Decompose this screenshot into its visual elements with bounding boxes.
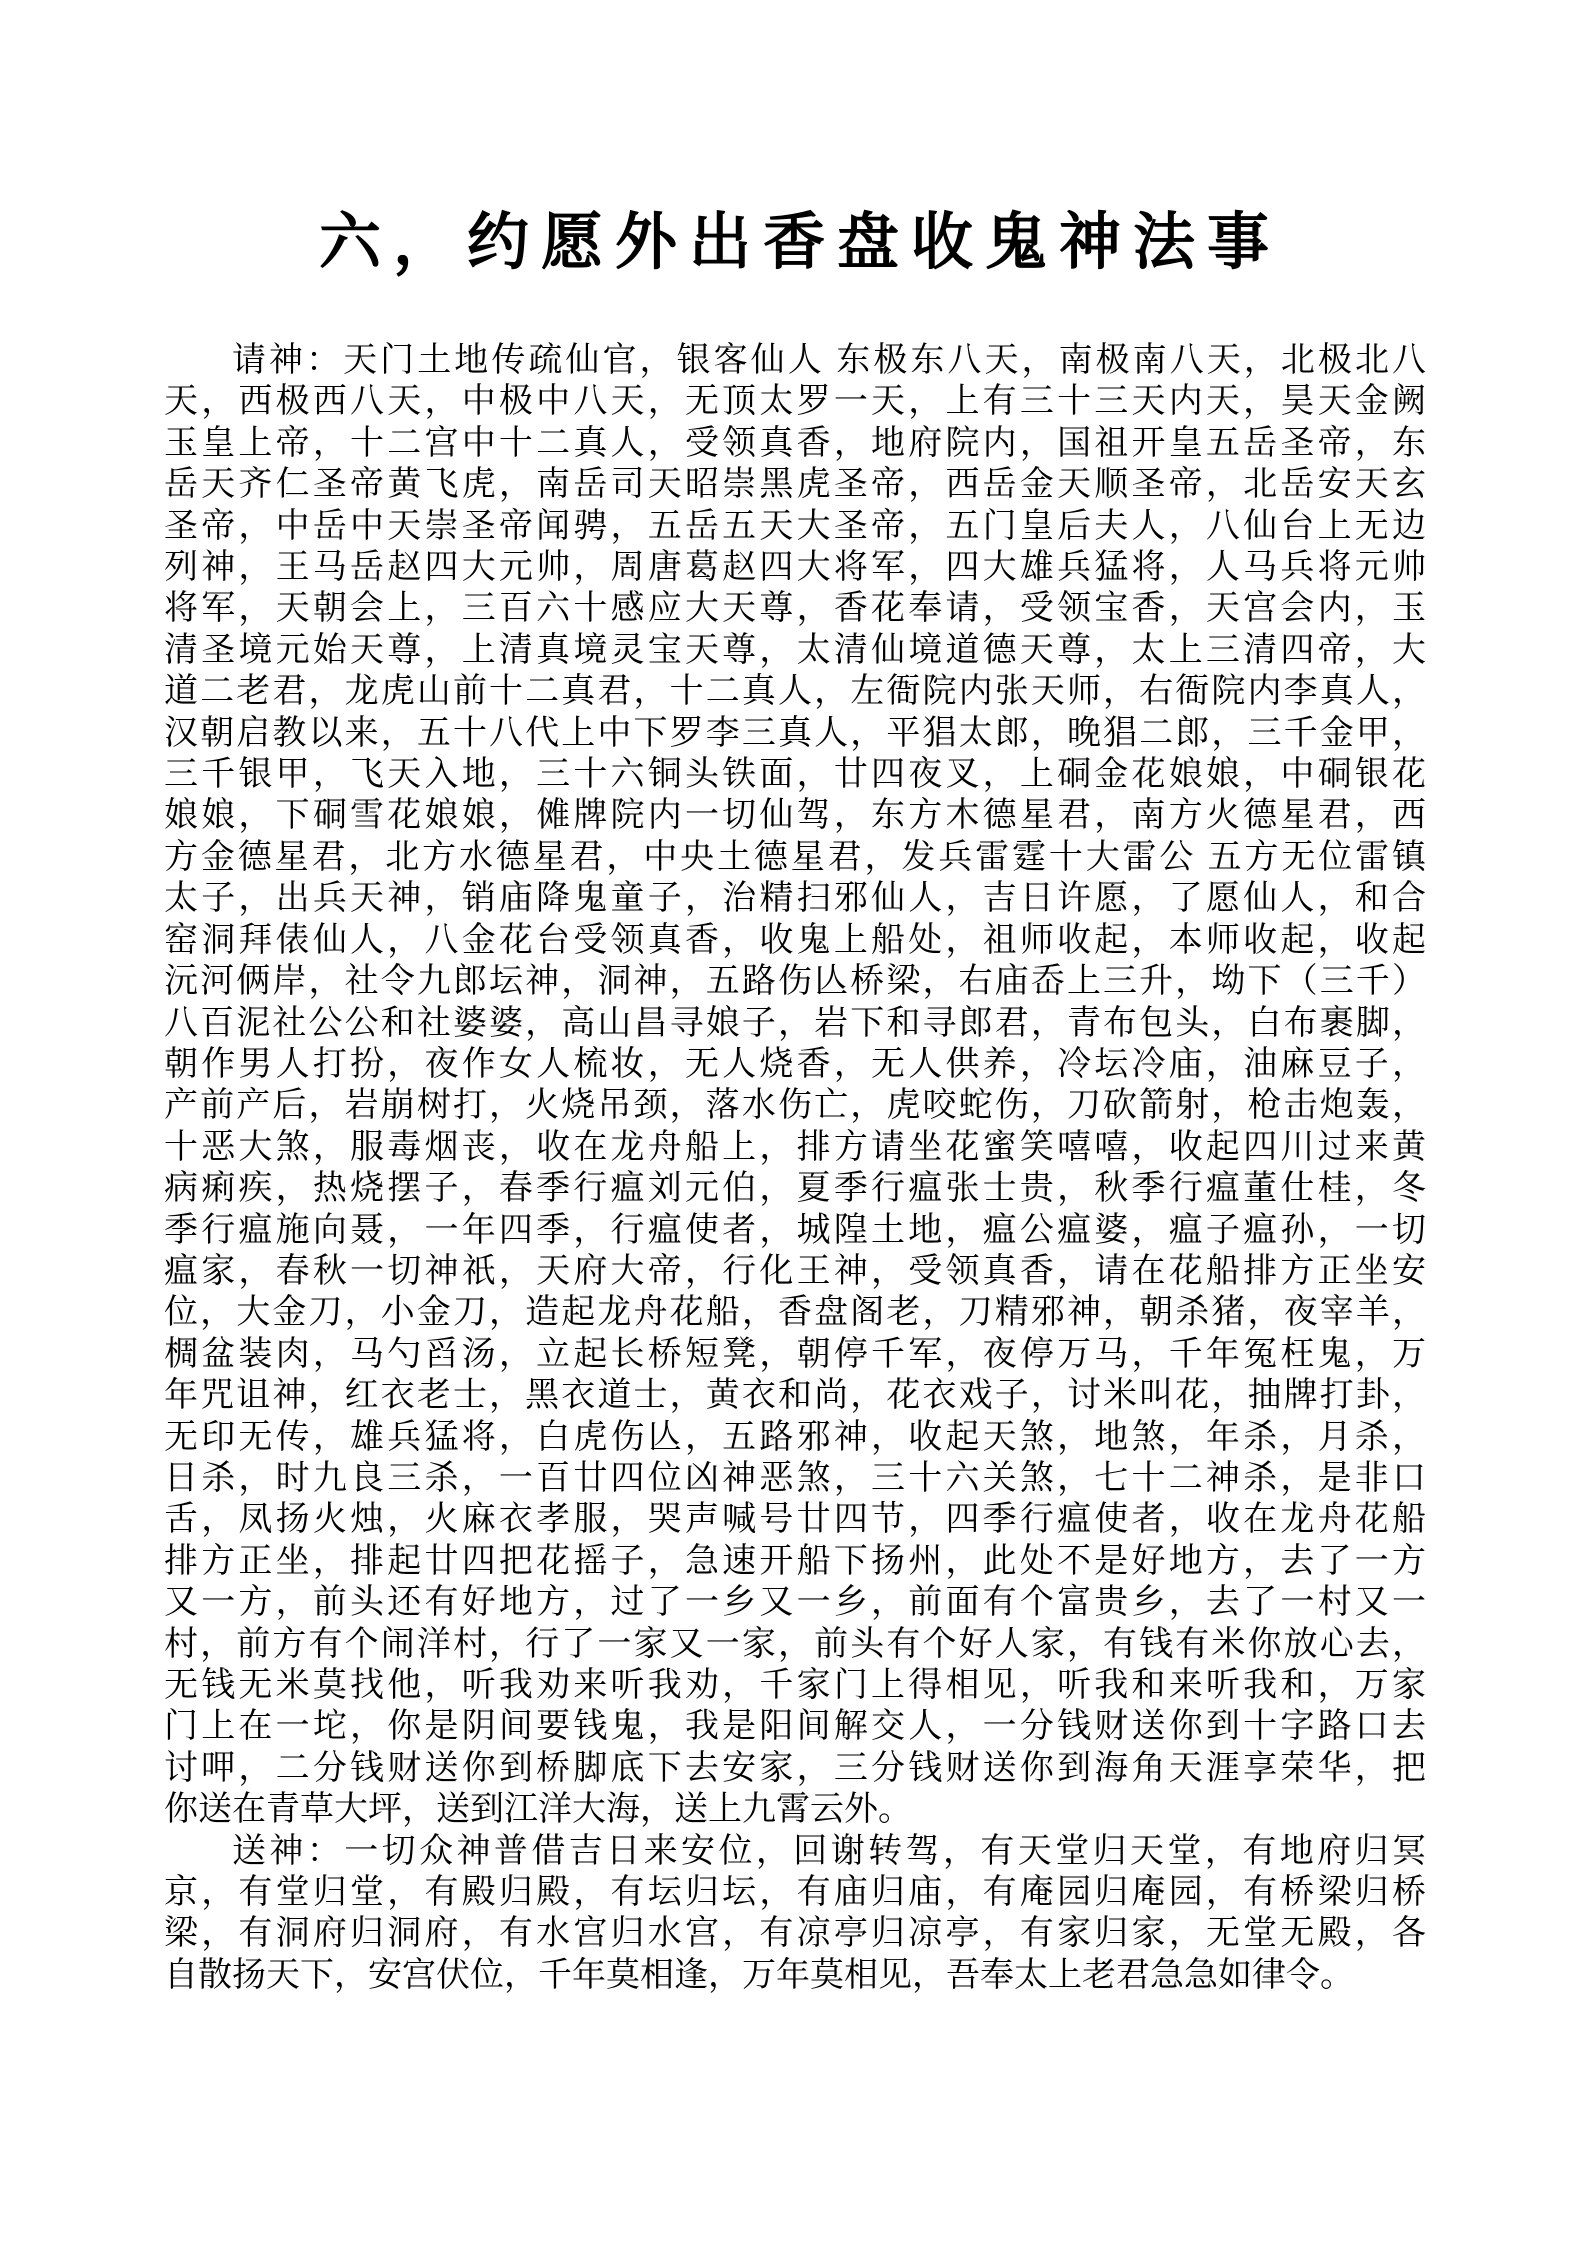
song-shen-paragraph: 送神：一切众神普借吉日来安位，回谢转驾，有天堂归天堂，有地府归冥京，有堂归堂，有… (164, 1831, 1426, 1997)
text-line: 窑洞拜俵仙人，八金花台受领真香，收鬼上船处，祖师收起，本师收起，收起 (164, 920, 1426, 961)
text-line: 请神：天门土地传疏仙官，银客仙人 东极东八天，南极南八天，北极北八 (164, 340, 1426, 381)
document-body: 请神：天门土地传疏仙官，银客仙人 东极东八天，南极南八天，北极北八天，西极西八天… (164, 340, 1426, 1996)
text-line: 无钱无米莫找他，听我劝来听我劝，千家门上得相见，听我和来听我和，万家 (164, 1665, 1426, 1706)
text-line: 天，西极西八天，中极中八天，无顶太罗一天，上有三十三天内天，昊天金阙 (164, 381, 1426, 422)
text-line: 椆盆装肉，马勺舀汤，立起长桥短凳，朝停千军，夜停万马，千年冤枉鬼，万 (164, 1334, 1426, 1375)
text-line: 村，前方有个闹洋村，行了一家又一家，前头有个好人家，有钱有米你放心去， (164, 1624, 1426, 1665)
text-line: 汉朝启教以来，五十八代上中下罗李三真人，平猖太郎，晚猖二郎，三千金甲， (164, 713, 1426, 754)
text-line: 岳天齐仁圣帝黄飞虎，南岳司天昭崇黑虎圣帝，西岳金天顺圣帝，北岳安天玄 (164, 464, 1426, 505)
text-line: 自散扬天下，安宫伏位，千年莫相逢，万年莫相见，吾奉太上老君急急如律令。 (164, 1955, 1426, 1996)
text-line: 位，大金刀，小金刀，造起龙舟花船，香盘阁老，刀精邪神，朝杀猪，夜宰羊， (164, 1292, 1426, 1333)
text-line: 又一方，前头还有好地方，过了一乡又一乡，前面有个富贵乡，去了一村又一 (164, 1582, 1426, 1623)
text-line: 讨呷，二分钱财送你到桥脚底下去安家，三分钱财送你到海角天涯享荣华，把 (164, 1748, 1426, 1789)
text-line: 玉皇上帝，十二宫中十二真人，受领真香，地府院内，国祖开皇五岳圣帝，东 (164, 423, 1426, 464)
text-line: 沅河俩岸，社令九郎坛神，洞神，五路伤亾桥梁，右庙岙上三升，坳下（三千） (164, 961, 1426, 1002)
text-line: 门上在一坨，你是阴间要钱鬼，我是阳间解交人，一分钱财送你到十字路口去 (164, 1706, 1426, 1747)
text-line: 无印无传，雄兵猛将，白虎伤亾，五路邪神，收起天煞，地煞，年杀，月杀， (164, 1417, 1426, 1458)
text-line: 八百泥社公公和社婆婆，高山昌寻娘子，岩下和寻郎君，青布包头，白布裹脚， (164, 1003, 1426, 1044)
text-line: 圣帝，中岳中天崇圣帝闻骋，五岳五天大圣帝，五门皇后夫人，八仙台上无边 (164, 506, 1426, 547)
text-line: 京，有堂归堂，有殿归殿，有坛归坛，有庙归庙，有庵园归庵园，有桥梁归桥 (164, 1872, 1426, 1913)
qing-shen-paragraph: 请神：天门土地传疏仙官，银客仙人 东极东八天，南极南八天，北极北八天，西极西八天… (164, 340, 1426, 1831)
text-line: 产前产后，岩崩树打，火烧吊颈，落水伤亡，虎咬蛇伤，刀砍箭射，枪击炮轰， (164, 1085, 1426, 1126)
text-line: 道二老君，龙虎山前十二真君，十二真人，左衙院内张天师，右衙院内李真人， (164, 671, 1426, 712)
text-line: 排方正坐，排起廿四把花摇子，急速开船下扬州，此处不是好地方，去了一方 (164, 1541, 1426, 1582)
text-line: 日杀，时九良三杀，一百廿四位凶神恶煞，三十六关煞，七十二神杀，是非口 (164, 1458, 1426, 1499)
text-line: 季行瘟施向聂，一年四季，行瘟使者，城隍土地，瘟公瘟婆，瘟子瘟孙，一切 (164, 1210, 1426, 1251)
text-line: 年咒诅神，红衣老士，黑衣道士，黄衣和尚，花衣戏子，讨米叫花，抽牌打卦， (164, 1375, 1426, 1416)
text-line: 将军，天朝会上，三百六十感应大天尊，香花奉请，受领宝香，天宫会内，玉 (164, 588, 1426, 629)
text-line: 朝作男人打扮，夜作女人梳妆，无人烧香，无人供养，冷坛冷庙，油麻豆子， (164, 1044, 1426, 1085)
text-line: 梁，有洞府归洞府，有水宫归水宫，有凉亭归凉亭，有家归家，无堂无殿，各 (164, 1913, 1426, 1954)
text-line: 送神：一切众神普借吉日来安位，回谢转驾，有天堂归天堂，有地府归冥 (164, 1831, 1426, 1872)
text-line: 瘟家，春秋一切神祇，天府大帝，行化王神，受领真香，请在花船排方正坐安 (164, 1251, 1426, 1292)
text-line: 三千银甲，飞天入地，三十六铜头铁面，廿四夜叉，上硐金花娘娘，中硐银花 (164, 754, 1426, 795)
text-line: 方金德星君，北方水德星君，中央土德星君，发兵雷霆十大雷公 五方无位雷镇 (164, 837, 1426, 878)
text-line: 列神，王马岳赵四大元帅，周唐葛赵四大将军，四大雄兵猛将，人马兵将元帅 (164, 547, 1426, 588)
text-line: 舌，凤扬火烛，火麻衣孝服，哭声喊号廿四节，四季行瘟使者，收在龙舟花船 (164, 1499, 1426, 1540)
document-page: 六，约愿外出香盘收鬼神法事 请神：天门土地传疏仙官，银客仙人 东极东八天，南极南… (0, 0, 1588, 2245)
text-line: 病痢疾，热烧摆子，春季行瘟刘元伯，夏季行瘟张士贵，秋季行瘟董仕桂，冬 (164, 1168, 1426, 1209)
text-line: 娘娘，下硐雪花娘娘，傩牌院内一切仙驾，东方木德星君，南方火德星君，西 (164, 795, 1426, 836)
text-line: 十恶大煞，服毒烟丧，收在龙舟船上，排方请坐花蜜笑嘻嘻，收起四川过来黄 (164, 1127, 1426, 1168)
document-title: 六，约愿外出香盘收鬼神法事 (0, 192, 1588, 281)
text-line: 清圣境元始天尊，上清真境灵宝天尊，太清仙境道德天尊，太上三清四帝，大 (164, 630, 1426, 671)
text-line: 太子，出兵天神，销庙降鬼童子，治精扫邪仙人，吉日许愿，了愿仙人，和合 (164, 878, 1426, 919)
text-line: 你送在青草大坪，送到江洋大海，送上九霄云外。 (164, 1789, 1426, 1830)
